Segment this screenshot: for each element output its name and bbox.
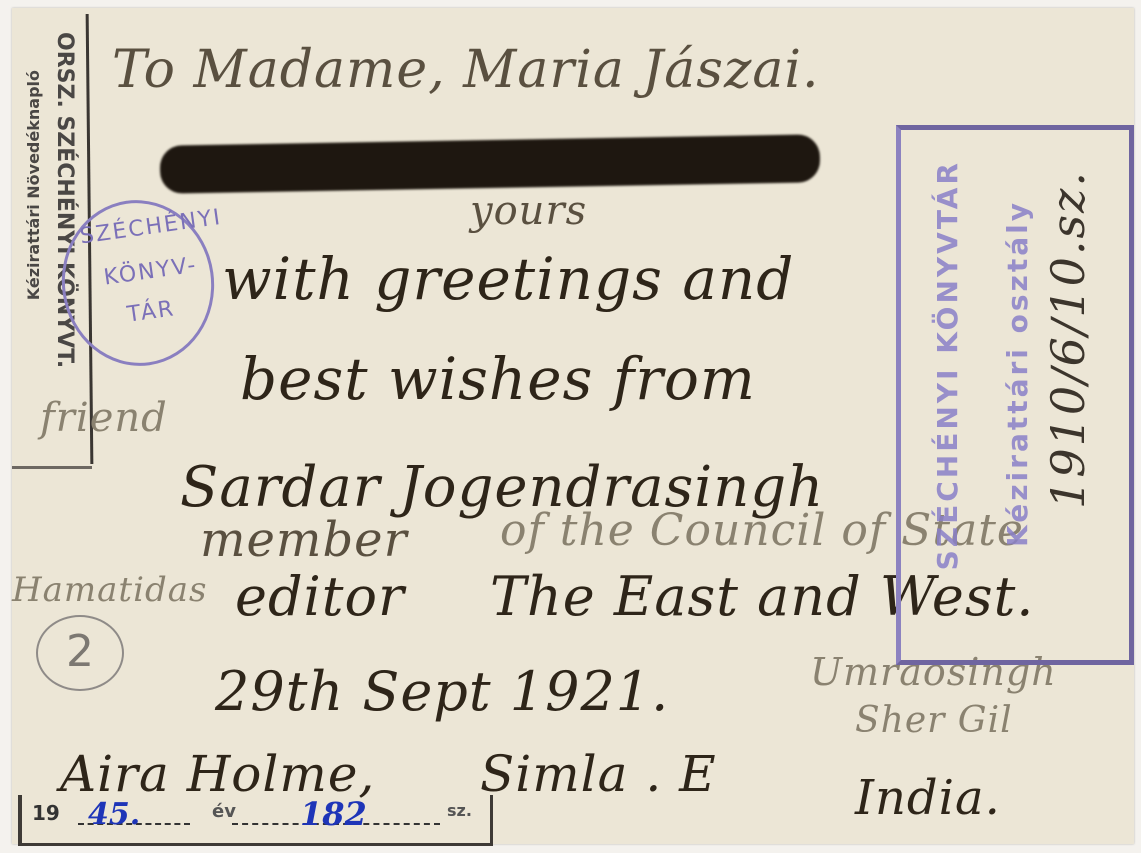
- date: 29th Sept 1921.: [215, 660, 669, 723]
- accession-number-handwritten: 182: [300, 795, 367, 833]
- line-editor: editor: [235, 565, 405, 628]
- box-library-stamp: SZÉCHÉNYI KÖNYVTÁR Kézirattári osztály 1…: [896, 125, 1134, 665]
- accession-sz-label: sz.: [447, 801, 472, 820]
- box-stamp-line-2: Kézirattári osztály: [1001, 200, 1034, 547]
- accession-year-prefix: 19: [32, 801, 60, 825]
- accession-year-handwritten: 45.: [88, 797, 140, 832]
- line-member: member: [200, 512, 408, 568]
- box-stamp-line-1: SZÉCHÉNYI KÖNYVTÁR: [931, 160, 964, 570]
- address-simla: Simla . E: [480, 745, 717, 803]
- round-stamp-line-2: KÖNYV-: [102, 253, 199, 291]
- address-india: India.: [855, 770, 1001, 826]
- circled-number: 2: [36, 615, 124, 691]
- round-stamp-line-1: SZÉCHÉNYI: [78, 205, 223, 250]
- line-greetings: with greetings and: [222, 245, 794, 313]
- redacted-trace: yours: [470, 188, 587, 234]
- box-stamp-number: 1910/6/10.sz.: [1041, 170, 1095, 509]
- line-wishes: best wishes from: [240, 345, 756, 413]
- pencil-signature-2: Sher Gil: [855, 700, 1013, 741]
- accession-stamp: 19 45. év 182 sz.: [18, 795, 493, 846]
- stamp-line-register: Kézirattári Növedéknapló: [24, 70, 43, 300]
- pencil-left-annotation: Hamatidas: [12, 570, 207, 610]
- accession-ev-label: év: [212, 801, 236, 822]
- round-stamp-line-3: TÁR: [126, 296, 177, 327]
- horizontal-divider-line: [12, 466, 92, 469]
- pencil-friend: friend: [40, 395, 168, 441]
- salutation: To Madame, Maria Jászai.: [112, 40, 820, 100]
